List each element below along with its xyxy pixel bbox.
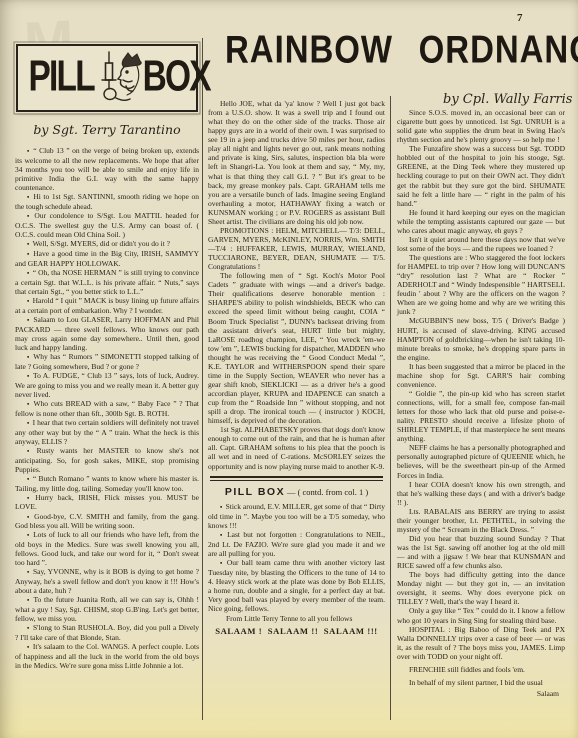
pill-box-item: It's salaam to the Col. WANGS. A perfect… — [15, 642, 199, 670]
pill-box-contd-item: Our ball team came thru with another vic… — [208, 558, 385, 613]
rainbow-paragraph: Did you hear that buzzing sound Sunday ?… — [397, 534, 565, 570]
pill-box-item: Say, YVONNE, why is it BOB is dying to g… — [15, 567, 199, 595]
pill-box-logo-word-pill: PILL — [28, 52, 93, 105]
column-rule-left — [202, 38, 203, 720]
pill-box-item: Who cuts BREAD with a saw, “ Baby Face ”… — [15, 399, 199, 418]
pill-box-item: Well, S/Sgt. MYERS, did or didn't you do… — [15, 239, 199, 249]
rainbow-paragraph: Lts. RABALAIS ans BERRY are trying to as… — [397, 507, 565, 534]
pill-box-byline: by Sgt. Terry Tarantino — [15, 122, 199, 137]
pill-box-item: Rusty wants her MASTER to know she's not… — [15, 446, 199, 474]
rainbow-paragraph: Only a guy like “ Tex ” could do it. I k… — [397, 606, 565, 624]
rainbow-signature: Salaam — [397, 689, 565, 698]
newspaper-page: M 7 RAINBOW ORDNANCE by Cpl. Wally Farri… — [0, 0, 578, 738]
section-divider-rule — [210, 476, 383, 481]
pill-box-item: I hear that two certain soldiers will de… — [15, 418, 199, 446]
rainbow-paragraph: Hello JOE, what da 'ya' know ? Well I ju… — [208, 99, 385, 226]
pill-box-item: Hurry back, IRISH, Flick misses you. MUS… — [15, 493, 199, 512]
pill-box-column: PILL BOX by Sgt. Terr — [15, 40, 199, 670]
rainbow-paragraph: He found it hard keeping our eyes on the… — [397, 208, 565, 235]
rainbow-paragraph: The boys had difficulty getting into the… — [397, 570, 565, 606]
pill-box-contd-item: Last but not forgotten : Congratulations… — [208, 530, 385, 558]
salaam-line: SALAAM ! SALAAM !! SALAAM !!! — [208, 626, 385, 636]
rainbow-paragraph: The following men of “ Sgt. Koch's Motor… — [208, 271, 385, 425]
pill-box-item: Why has “ Rumors ” SIMONETTI stopped tal… — [15, 352, 199, 371]
rainbow-paragraph: Since S.O.S. moved in, an occasional bee… — [397, 108, 565, 144]
rainbow-paragraph: In behalf of my silent partner, I bid th… — [397, 678, 565, 687]
rainbow-column-2: Since S.O.S. moved in, an occasional bee… — [397, 108, 565, 698]
pill-box-item: Our condolence to S/Sgt. Lou MATTIL head… — [15, 211, 199, 239]
pill-box-contd-item: Stick around, E.V. MILLER, get some of t… — [208, 502, 385, 530]
pill-box-item: Hi to 1st Sgt. SANTINNI, smooth riding w… — [15, 192, 199, 211]
rainbow-byline: by Cpl. Wally Farris — [443, 92, 572, 107]
pill-box-item: To the future Juanita Roth, all we can s… — [15, 595, 199, 623]
rainbow-paragraph: Isn't it quiet around here these days no… — [397, 235, 565, 253]
pill-box-item: To A. FUDGE, “ Club 13 ” says, lots of l… — [15, 371, 199, 399]
rainbow-paragraph: McGUBBIN'S new boss, T/5 ( Driver's Badg… — [397, 316, 565, 361]
pill-box-contd-title: PILL BOX — [225, 486, 285, 498]
rainbow-paragraph: The questions are : Who staggered the fo… — [397, 253, 565, 316]
pill-box-contd-suffix: — ( contd. from col. 1 ) — [287, 487, 368, 497]
pill-box-item: Good-bye, C.V. SMITH and family, from th… — [15, 512, 199, 531]
medic-mascot-icon — [92, 48, 144, 108]
pill-box-item: “ Butch Romano ” wants to know where his… — [15, 474, 199, 493]
pill-box-masthead: PILL BOX — [16, 44, 198, 112]
pill-box-contd-heading: PILL BOX — ( contd. from col. 1 ) — [208, 486, 385, 499]
pill-box-closing-line: From Little Terry Tenne to all you fello… — [208, 614, 385, 623]
rainbow-paragraph: NEFF claims he has a personally photogra… — [397, 443, 565, 479]
pill-box-item: S'long to Stan RUSHOLA. Boy, did you pul… — [15, 623, 199, 642]
pill-box-logo-word-box: BOX — [143, 52, 210, 105]
rainbow-paragraph: HOSPITAL : Big Baboo of Ding Teek and PX… — [397, 625, 565, 661]
pill-box-item: “ Oh, tha NOSE HERMAN ” is still trying … — [15, 268, 199, 296]
rainbow-paragraph: “ Goldie ”, the pin-up kid who has scree… — [397, 389, 565, 443]
column-rule-right — [390, 96, 391, 720]
pill-box-item: Salaam to Lou GLASER, Larry HOFFMAN and … — [15, 315, 199, 352]
rainbow-paragraph: The Funzafire show was a success but Sgt… — [397, 144, 565, 207]
rainbow-paragraph: FRENCHIE still fiddles and fools 'em. — [397, 665, 565, 674]
pill-box-item: “ Club 13 ” on the verge of being broken… — [15, 146, 199, 192]
pill-box-item: Lots of luck to all our friends who have… — [15, 530, 199, 567]
rainbow-column-1: Hello JOE, what da 'ya' know ? Well I ju… — [208, 99, 385, 637]
pill-box-item: Harold “ I quit ” MACK is busy lining up… — [15, 296, 199, 315]
rainbow-paragraph: I hear COIA doesn't know his own strengt… — [397, 480, 565, 507]
rainbow-paragraph: PROMOTIONS : HELM, MITCHELL— T/3: DELL, … — [208, 226, 385, 271]
page-number: 7 — [517, 12, 523, 24]
pill-box-item: Have a good time in the Big City, IRISH,… — [15, 249, 199, 268]
rainbow-paragraph: 1st Sgt. ALPHABETSKY proves that dogs do… — [208, 425, 385, 470]
rainbow-ordnance-title: RAINBOW ORDNANCE — [225, 28, 560, 73]
rainbow-paragraph: It has been suggested that a mirror be p… — [397, 362, 565, 389]
